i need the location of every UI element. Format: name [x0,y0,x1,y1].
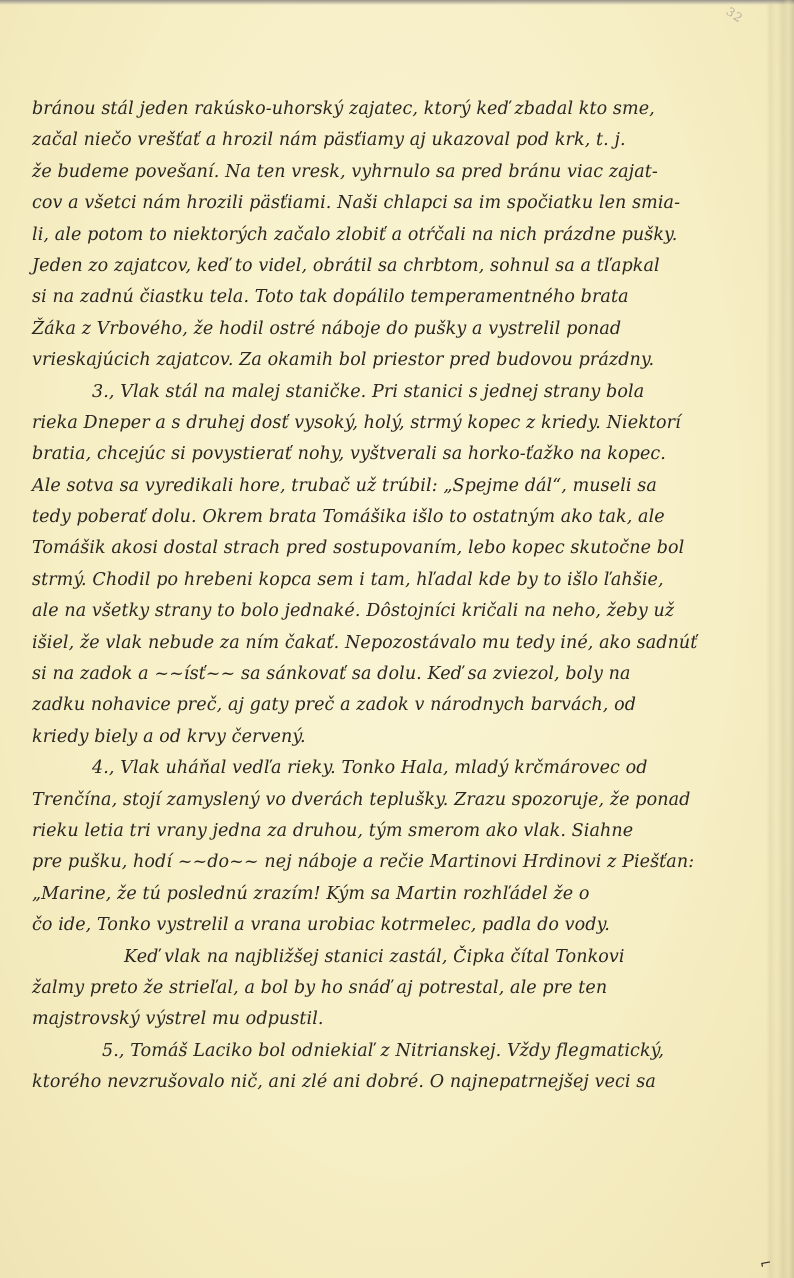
text-line: Trenčína, stojí zamyslený vo dverách tep… [32,785,772,816]
page-right-edge [776,0,794,1278]
text-line: ale na všetky strany to bolo jednaké. Dô… [32,596,772,627]
page-top-edge [0,0,794,5]
text-line: strmý. Chodil po hrebeni kopca sem i tam… [32,565,772,596]
text-line: li, ale potom to niektorých začalo zlobi… [32,220,772,251]
text-line: si na zadok a ~~ísť~~ sa sánkovať sa dol… [32,659,772,690]
text-line: „Marine, že tú poslednú zrazím! Kým sa M… [32,879,772,910]
text-line: čo ide, Tonko vystrelil a vrana urobiac … [32,910,772,941]
paragraph-4-start: 4., Vlak uháňal vedľa rieky. Tonko Hala,… [32,753,772,784]
paragraph-start: Keď vlak na najbližšej stanici zastál, Č… [32,942,772,973]
text-line: bránou stál jeden rakúsko-uhorský zajate… [32,94,772,125]
handwritten-text: bránou stál jeden rakúsko-uhorský zajate… [32,94,772,1099]
text-line: rieka Dneper a s druhej dosť vysoký, hol… [32,408,772,439]
text-line: Tomášik akosi dostal strach pred sostupo… [32,533,772,564]
text-line: Jeden zo zajatcov, keď to videl, obrátil… [32,251,772,282]
text-line: išiel, že vlak nebude za ním čakať. Nepo… [32,628,772,659]
text-line: tedy poberať dolu. Okrem brata Tomášika … [32,502,772,533]
text-line: že budeme povešaní. Na ten vresk, vyhrnu… [32,157,772,188]
text-line: pre pušku, hodí ~~do~~ nej náboje a reči… [32,847,772,878]
page-turn-mark: ⌐ [759,1255,773,1273]
text-line: ktorého nevzrušovalo nič, ani zlé ani do… [32,1067,772,1098]
text-line: rieku letia tri vrany jedna za druhou, t… [32,816,772,847]
text-line: vrieskajúcich zajatcov. Za okamih bol pr… [32,345,772,376]
paragraph-3-start: 3., Vlak stál na malej staničke. Pri sta… [32,377,772,408]
text-line: zadku nohavice preč, aj gaty preč a zado… [32,690,772,721]
manuscript-page: 32 bránou stál jeden rakúsko-uhorský zaj… [0,0,794,1278]
text-line: cov a všetci nám hrozili päsťiami. Naši … [32,188,772,219]
text-line: Ale sotva sa vyredikali hore, trubač už … [32,471,772,502]
text-line: Žáka z Vrbového, že hodil ostré náboje d… [32,314,772,345]
text-line: žalmy preto že strieľal, a bol by ho sná… [32,973,772,1004]
text-line: si na zadnú čiastku tela. Toto tak dopál… [32,282,772,313]
text-line: kriedy biely a od krvy červený. [32,722,772,753]
paragraph-5-start: 5., Tomáš Laciko bol odniekiaľ z Nitrian… [32,1036,772,1067]
folio-number: 32 [724,4,746,25]
text-line: majstrovský výstrel mu odpustil. [32,1004,772,1035]
text-line: bratia, chcejúc si povystierať nohy, vyš… [32,439,772,470]
text-line: začal niečo vrešťať a hrozil nám päsťiam… [32,125,772,156]
